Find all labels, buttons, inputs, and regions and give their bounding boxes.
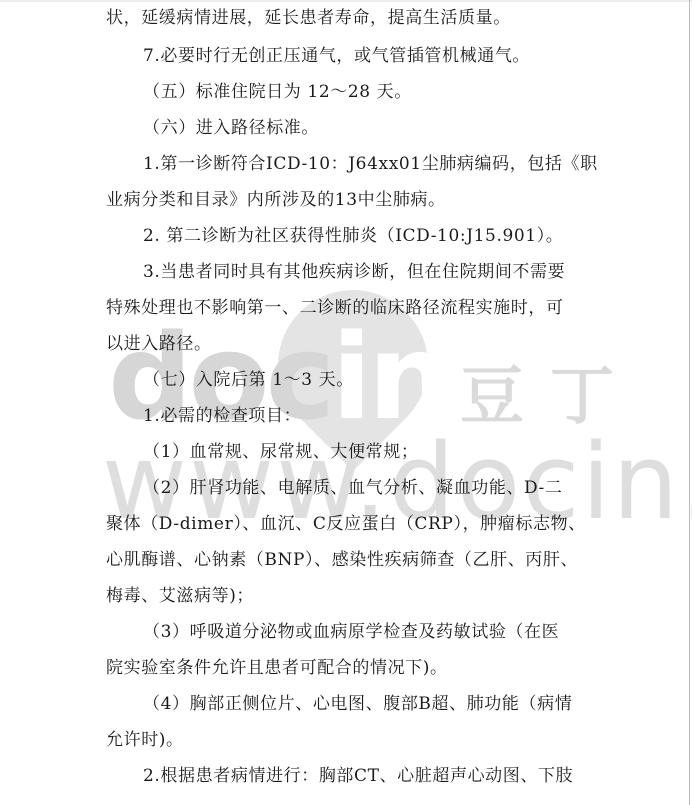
document-line: 7.必要时行无创正压通气，或气管插管机械通气。 <box>143 46 530 66</box>
watermark-drop-shape <box>247 259 459 471</box>
document-line: 梅毒、艾滋病等)； <box>106 586 254 606</box>
document-line: （六）进入路径标准。 <box>143 118 319 138</box>
document-line: 3.当患者同时具有其他疾病诊断，但在住院期间不需要 <box>143 262 565 282</box>
document-line: （2）肝肾功能、电解质、血气分析、凝血功能、D-二 <box>143 478 563 498</box>
document-line: 院实验室条件允许且患者可配合的情况下)。 <box>106 658 448 678</box>
document-line: 1.第一诊断符合ICD-10：J64xx01尘肺病编码，包括《职 <box>143 154 598 174</box>
document-line: 2.根据患者病情进行：胸部CT、心脏超声心动图、下肢 <box>143 766 573 786</box>
document-line: 以进入路径。 <box>106 334 212 354</box>
document-line: 聚体（D-dimer）、血沉、C反应蛋白（CRP），肿瘤标志物、 <box>106 514 586 534</box>
document-line: 特殊处理也不影响第一、二诊断的临床路径流程实施时，可 <box>106 298 564 318</box>
document-line: （1）血常规、尿常规、大便常规； <box>143 442 418 462</box>
document-line: 1.必需的检查项目： <box>143 406 301 426</box>
document-line: 状，延缓病情进展，延长患者寿命，提高生活质量。 <box>106 8 511 28</box>
document-line: （4）胸部正侧位片、心电图、腹部B超、肺功能（病情 <box>143 694 572 714</box>
page-right-edge <box>689 0 690 805</box>
document-line: 业病分类和目录》内所涉及的13中尘肺病。 <box>106 190 446 210</box>
document-line: （3）呼吸道分泌物或血病原学检查及药敏试验（在医 <box>143 622 559 642</box>
document-line: （七）入院后第 1～3 天。 <box>143 370 354 390</box>
document-line: 2. 第二诊断为社区获得性肺炎（ICD-10:J15.901）。 <box>143 226 563 246</box>
page-top-edge <box>0 0 692 2</box>
watermark-brand-cn: 豆丁 <box>460 345 640 437</box>
document-line: （五）标准住院日为 12～28 天。 <box>143 82 412 102</box>
document-line: 心肌酶谱、心钠素（BNP）、感染性疾病筛查（乙肝、丙肝、 <box>106 550 578 570</box>
document-line: 允许时)。 <box>106 730 184 750</box>
